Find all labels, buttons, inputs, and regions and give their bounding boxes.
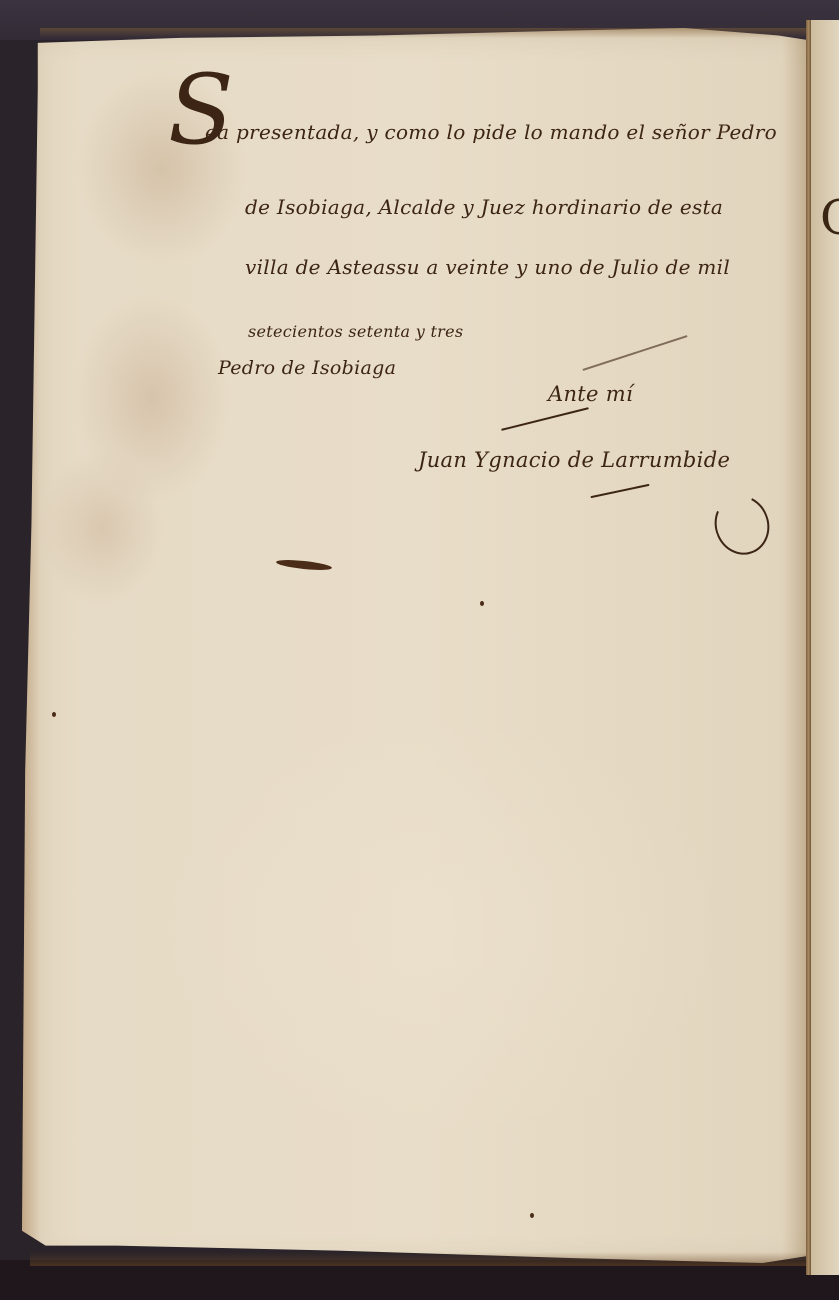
ink-dot: [530, 1213, 534, 1218]
ink-dot: [52, 712, 56, 717]
page-edge-top: [40, 28, 810, 38]
backdrop-bottom: [0, 1260, 839, 1300]
signature-escribano: Juan Ygnacio de Larrumbide: [418, 448, 730, 472]
text-line-1: ea presentada, y como lo pide lo mando e…: [205, 120, 777, 144]
ink-dot: [480, 601, 484, 606]
signature-alcalde: Pedro de Isobiaga: [218, 357, 396, 379]
text-line-4: setecientos setenta y tres: [248, 322, 463, 341]
ante-mi-label: Ante mí: [548, 382, 633, 406]
text-line-3: villa de Asteassu a veinte y uno de Juli…: [245, 255, 730, 279]
text-line-2: de Isobiaga, Alcalde y Juez hordinario d…: [245, 195, 723, 219]
facing-page-letter-fragment: C: [820, 190, 839, 246]
page-edge-bottom: [30, 1252, 810, 1266]
